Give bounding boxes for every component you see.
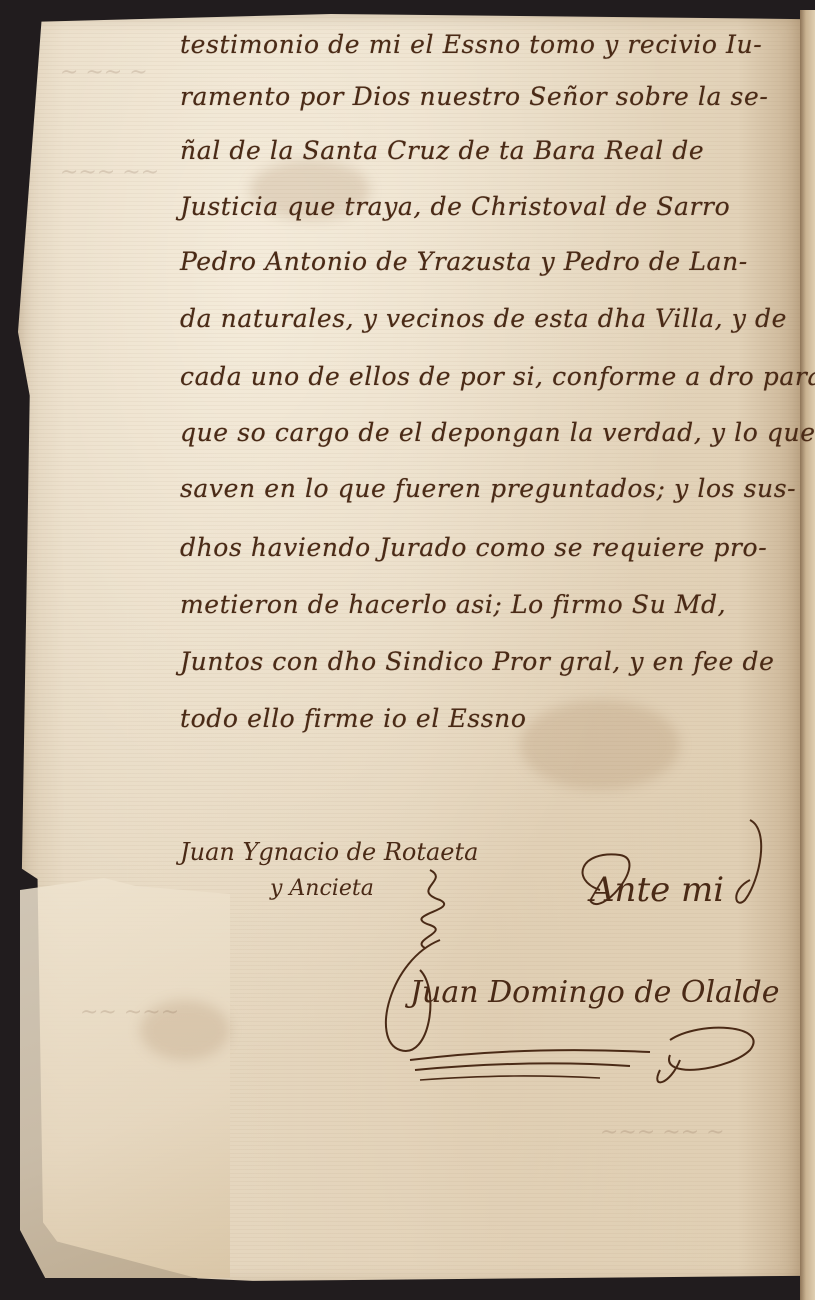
manuscript-line: Juntos con dho Sindico Pror gral, y en f…	[180, 647, 775, 676]
manuscript-line: testimonio de mi el Essno tomo y recivio…	[180, 30, 762, 59]
manuscript-line: dhos haviendo Jurado como se requiere pr…	[180, 533, 767, 562]
manuscript-line: cada uno de ellos de por si, conforme a …	[180, 362, 815, 391]
binding-edge	[800, 10, 815, 1300]
bleed-through-text: ~ ~~ ~	[60, 60, 148, 85]
bleed-through-text: ~~~ ~~	[60, 160, 159, 185]
signature-left-surname: y Ancieta	[270, 876, 374, 901]
manuscript-line: que so cargo de el depongan la verdad, y…	[180, 418, 815, 447]
bleed-through-text: ~~ ~~~	[80, 1000, 179, 1025]
manuscript-line: metieron de hacerlo asi; Lo firmo Su Md,	[180, 590, 726, 619]
bleed-through-text: ~~~ ~~ ~	[600, 1120, 725, 1145]
manuscript-line: Pedro Antonio de Yrazusta y Pedro de Lan…	[180, 247, 748, 276]
torn-corner-flap	[20, 878, 230, 1278]
manuscript-scan: ~ ~~ ~ ~~~ ~~ ~~ ~~~ ~~~ ~~ ~ testimonio…	[0, 0, 815, 1300]
manuscript-line: saven en lo que fueren preguntados; y lo…	[180, 474, 796, 503]
manuscript-line: ñal de la Santa Cruz de ta Bara Real de	[180, 136, 704, 165]
signature-flourish-escribano	[370, 930, 790, 1090]
manuscript-line: da naturales, y vecinos de esta dha Vill…	[180, 304, 787, 333]
manuscript-line: todo ello firme io el Essno	[180, 704, 527, 733]
manuscript-line: Justicia que traya, de Christoval de Sar…	[180, 192, 730, 221]
paper-stain	[520, 700, 680, 790]
manuscript-line: ramento por Dios nuestro Señor sobre la …	[180, 82, 768, 111]
signature-flourish-ante-mi	[560, 810, 780, 930]
